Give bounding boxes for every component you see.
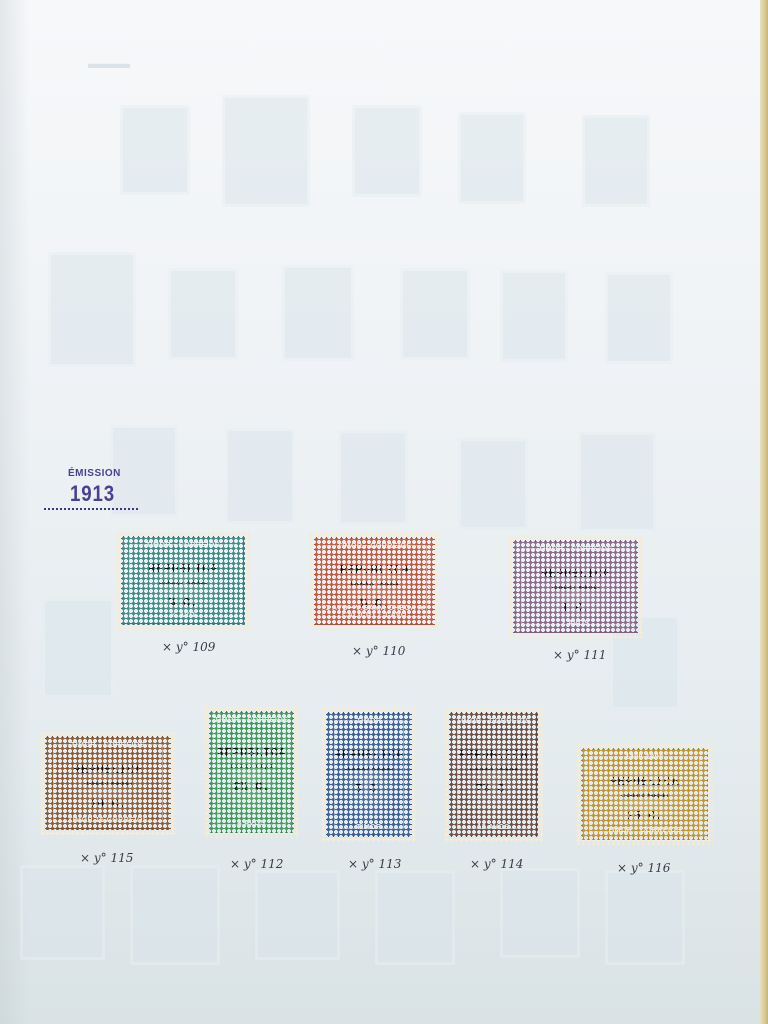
stamp-design: TIMOR · CORREIOSREPUBLICALOURENÇO MARQUE… — [513, 540, 638, 633]
overprint-value: ¼ C. — [123, 596, 243, 610]
overprint-republica: REPUBLICA — [328, 748, 410, 762]
stamp-bottom-text: TIMOR · CORREIOS — [583, 827, 706, 834]
overprint-value: 7½ C. — [451, 782, 536, 796]
stamp-country-text: TIMOR · CORREIOS — [123, 542, 243, 549]
overprint: REPUBLICALOURENÇO MARQUES7½ C. — [451, 748, 536, 796]
stamp-design: TIMOR · CORREIOSREPUBLICALOURENÇO MARQUE… — [314, 537, 435, 625]
stamp-bottom-text: 1 AVO · V.GAMA CHEGA A CALICUT · 1 AVO — [316, 605, 433, 619]
stamp-bottom-text: 12 AVOS — [451, 824, 536, 831]
overprint-city: LOURENÇO MARQUES — [451, 766, 536, 772]
overprint: REPUBLICALOURENÇO MARQUES5 C. — [328, 748, 410, 796]
stamp-country-text: TIMOR — [328, 718, 410, 725]
overprint-city: LOURENÇO MARQUES — [123, 580, 243, 586]
overprint: REPUBLICALOURENÇO MARQUES¼ C. — [123, 562, 243, 610]
overprint: REPUBLICALOURENÇO MARQUES10 C. — [47, 763, 169, 811]
overprint-republica: REPUBLICA — [123, 562, 243, 576]
stamp-country-text: TIMOR · CORREIOS — [451, 718, 536, 725]
stamp-115: TIMOR · CORREIOSREPUBLICALOURENÇO MARQUE… — [40, 731, 176, 835]
stamp-design: TIMOR · CORREIOSREPUBLICALOURENÇO MARQUE… — [209, 711, 294, 833]
catalog-number: × y° 111 — [553, 648, 606, 662]
emission-year: 1913 — [70, 481, 133, 507]
catalog-number: × y° 109 — [162, 640, 215, 654]
overprint-republica: REPUBLICA — [47, 763, 169, 777]
catalog-number: × y° 116 — [617, 861, 670, 875]
page-edge — [760, 0, 768, 1024]
stamp-country-text: TIMOR · CORREIOS — [47, 742, 169, 749]
overprint-value: 10 C. — [47, 797, 169, 811]
stamp-110: TIMOR · CORREIOSREPUBLICALOURENÇO MARQUE… — [309, 532, 440, 630]
catalog-number: × y° 112 — [230, 857, 283, 871]
emission-label: ÉMISSION — [68, 468, 144, 479]
stamp-bottom-text: TIMOR — [328, 824, 410, 831]
overprint: REPUBLICALOURENÇO MARQUES½ C. — [316, 563, 433, 611]
overprint: REPUBLICALOURENÇO MARQUES1 C. — [515, 567, 636, 615]
overprint-republica: REPUBLICA — [316, 563, 433, 577]
overprint-value: 5 C. — [328, 782, 410, 796]
stamp-design: TIMOR · CORREIOSREPUBLICALOURENÇO MARQUE… — [121, 536, 245, 625]
stamp-design: TIMORREPUBLICALOURENÇO MARQUES5 C.TIMOR — [326, 712, 412, 837]
stamp-112: TIMOR · CORREIOSREPUBLICALOURENÇO MARQUE… — [204, 706, 299, 838]
overprint-value: 2½ C. — [211, 780, 292, 794]
stamp-bottom-text: ½ AVO — [123, 612, 243, 619]
emission-heading: ÉMISSION 1913 — [44, 468, 144, 510]
catalog-number: × y° 115 — [80, 851, 133, 865]
overprint: REPUBLICALOURENÇO MARQUES2½ C. — [211, 746, 292, 794]
stamp-bottom-text: 2 AVOS — [515, 620, 636, 627]
overprint: REPUBLICALOURENÇO MARQUES15 C. — [583, 775, 706, 823]
stamp-116: 1498-1898REPUBLICALOURENÇO MARQUES15 C.T… — [576, 743, 713, 845]
overprint-republica: REPUBLICA — [515, 567, 636, 581]
stamp-country-text: TIMOR · CORREIOS — [316, 543, 433, 550]
stamp-bottom-text: 4 AVOS — [211, 820, 292, 827]
stamp-design: TIMOR · CORREIOSREPUBLICALOURENÇO MARQUE… — [449, 712, 538, 837]
overprint-city: LOURENÇO MARQUES — [515, 585, 636, 591]
overprint-city: LOURENÇO MARQUES — [328, 766, 410, 772]
stamp-design: TIMOR · CORREIOSREPUBLICALOURENÇO MARQUE… — [45, 736, 171, 830]
dotted-underline — [44, 508, 138, 510]
ghost-heading: ▬▬▬ — [88, 55, 130, 71]
stamp-114: TIMOR · CORREIOSREPUBLICALOURENÇO MARQUE… — [444, 707, 543, 842]
overprint-republica: REPUBLICA — [451, 748, 536, 762]
stamp-bottom-text: TIMOR 16 CORREIOS — [47, 817, 169, 824]
overprint-republica: REPUBLICA — [583, 775, 706, 789]
catalog-number: × y° 114 — [470, 857, 523, 871]
catalog-number: × y° 113 — [348, 857, 401, 871]
stamp-design: 1498-1898REPUBLICALOURENÇO MARQUES15 C.T… — [581, 748, 708, 840]
catalog-number: × y° 110 — [352, 644, 405, 658]
overprint-city: LOURENÇO MARQUES — [316, 581, 433, 587]
overprint-value: 1 C. — [515, 601, 636, 615]
overprint-republica: REPUBLICA — [211, 746, 292, 760]
stamp-country-text: TIMOR · CORREIOS — [515, 546, 636, 553]
stamp-country-text: 1498-1898 — [583, 754, 706, 761]
overprint-value: 15 C. — [583, 809, 706, 823]
overprint-city: LOURENÇO MARQUES — [583, 793, 706, 799]
stamp-113: TIMORREPUBLICALOURENÇO MARQUES5 C.TIMOR — [321, 707, 417, 842]
overprint-city: LOURENÇO MARQUES — [211, 764, 292, 770]
overprint-city: LOURENÇO MARQUES — [47, 781, 169, 787]
stamp-109: TIMOR · CORREIOSREPUBLICALOURENÇO MARQUE… — [116, 531, 250, 630]
stamp-country-text: TIMOR · CORREIOS — [211, 717, 292, 724]
stamp-111: TIMOR · CORREIOSREPUBLICALOURENÇO MARQUE… — [508, 535, 643, 638]
